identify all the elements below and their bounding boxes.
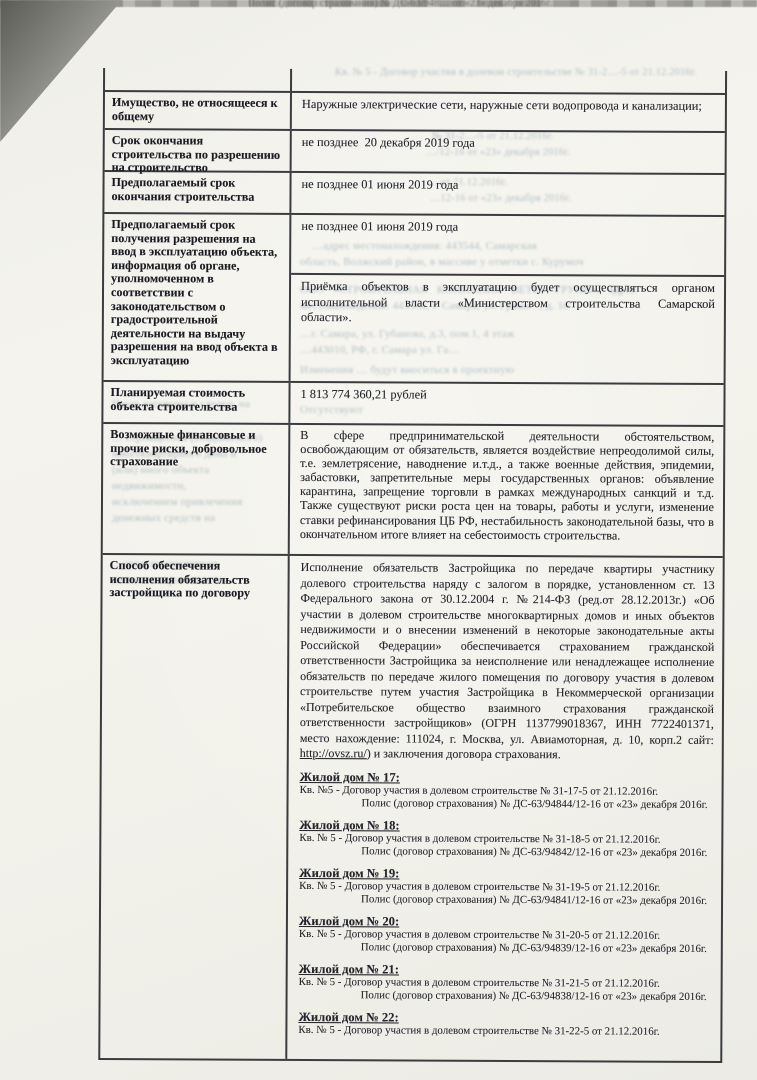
row-value: не позднее 01 июня 2019 года bbox=[291, 215, 724, 240]
row-completion-deadline-permit: Срок окончания строительства по разрешен… bbox=[105, 128, 725, 173]
house-entry: Жилой дом № 18: Кв. № 5 - Договор участи… bbox=[299, 817, 713, 859]
house-policy: Полис (договор страхования) № ДС-63/9483… bbox=[299, 940, 713, 955]
house-entry: Жилой дом № 21: Кв. № 5 - Договор участи… bbox=[299, 961, 713, 1003]
house-policy: Полис (договор страхования) № ДС-63/9484… bbox=[299, 796, 713, 811]
security-paragraph: Исполнение обязательств Застройщика по п… bbox=[289, 556, 723, 764]
house-entry: Жилой дом № 22: Кв. № 5 - Договор участи… bbox=[298, 1009, 712, 1038]
house-title: Жилой дом № 19: bbox=[299, 865, 713, 881]
house-title: Жилой дом № 17: bbox=[300, 769, 714, 785]
house-entry: Жилой дом № 19: Кв. № 5 - Договор участи… bbox=[299, 865, 713, 907]
house-contract: Кв. № 5 - Договор участия в долевом стро… bbox=[299, 927, 713, 942]
row-label: Предполагаемый срок окончания строительс… bbox=[104, 172, 291, 213]
row-label: Способ обеспечения исполнения обязательс… bbox=[100, 555, 289, 1059]
project-declaration-table: Имущество, не относящееся к общему Наруж… bbox=[98, 90, 727, 1063]
house-policy: Полис (договор страхования) № ДС-63/9483… bbox=[299, 988, 713, 1003]
table-border-stub bbox=[290, 69, 292, 93]
house-contract: Кв. № 5 - Договор участия в долевом стро… bbox=[299, 831, 713, 846]
row-value: не позднее 20 декабря 2019 года bbox=[292, 131, 725, 156]
row-obligation-security: Способ обеспечения исполнения обязательс… bbox=[100, 553, 722, 1061]
table-border-stub bbox=[103, 68, 105, 92]
planned-cost-value: 1 813 774 360,21 рублей bbox=[290, 383, 723, 408]
house-policy: Полис (договор страхования) № ДС-63/9484… bbox=[299, 892, 713, 907]
house-contract: Кв. №5 - Договор участия в долевом строи… bbox=[300, 783, 714, 798]
house-list: Жилой дом № 17: Кв. №5 - Договор участия… bbox=[287, 769, 721, 1038]
bleedthrough-text: Кв. № 5 - Договор участия в долевом стро… bbox=[335, 66, 697, 79]
row-label: Имущество, не относящееся к общему bbox=[105, 92, 292, 129]
paragraph-text: ) и заключения договора страхования. bbox=[367, 746, 561, 761]
row-expected-completion: Предполагаемый срок окончания строительс… bbox=[104, 170, 724, 215]
house-contract: Кв. № 5 - Договор участия в долевом стро… bbox=[299, 975, 713, 990]
house-contract: Кв. № 5 - Договор участия в долевом стро… bbox=[299, 879, 713, 894]
house-entry: Жилой дом № 20: Кв. № 5 - Договор участи… bbox=[299, 913, 713, 955]
row-label: Срок окончания строительства по разрешен… bbox=[105, 130, 292, 171]
house-title: Жилой дом № 22: bbox=[298, 1009, 712, 1025]
ovsz-website-link[interactable]: http://ovsz.ru/ bbox=[300, 746, 367, 760]
row-planned-cost: Планируемая стоимость объекта строительс… bbox=[103, 380, 723, 425]
row-label: Возможные финансовые и прочие риски, доб… bbox=[103, 424, 291, 554]
house-entry: Жилой дом № 17: Кв. №5 - Договор участия… bbox=[299, 769, 713, 811]
house-title: Жилой дом № 21: bbox=[299, 961, 713, 977]
row-financial-risks: Возможные финансовые и прочие риски, доб… bbox=[103, 422, 724, 556]
row-value: не позднее 01 июня 2019 года bbox=[291, 173, 724, 198]
house-title: Жилой дом № 20: bbox=[299, 913, 713, 929]
house-contract: Кв. № 5 - Договор участия в долевом стро… bbox=[298, 1023, 712, 1038]
risks-text: В сфере предпринимательской деятельности… bbox=[290, 425, 724, 546]
row-value-secondary: Приёмка объектов в эксплуатацию будет ос… bbox=[291, 275, 724, 331]
house-policy: Полис (договор страхования) № ДС-63/9484… bbox=[299, 844, 713, 859]
row-commissioning-permit: Предполагаемый срок получения разрешения… bbox=[104, 212, 725, 383]
paragraph-text: Исполнение обязательств Застройщика по п… bbox=[300, 560, 715, 747]
house-title: Жилой дом № 18: bbox=[299, 817, 713, 833]
bleedthrough-text: Полис (договор страхования) № ДС-63/948…… bbox=[248, 0, 552, 10]
row-non-common-property: Имущество, не относящееся к общему Наруж… bbox=[105, 92, 725, 131]
table-border-stub bbox=[725, 71, 727, 95]
scanned-page: Полис (договор страхования) № ДС-63/948…… bbox=[0, 0, 757, 1080]
row-value: Наружные электрические сети, наружные се… bbox=[292, 93, 725, 118]
row-label: Предполагаемый срок получения разрешения… bbox=[104, 214, 292, 381]
row-label: Планируемая стоимость объекта строительс… bbox=[103, 382, 290, 423]
